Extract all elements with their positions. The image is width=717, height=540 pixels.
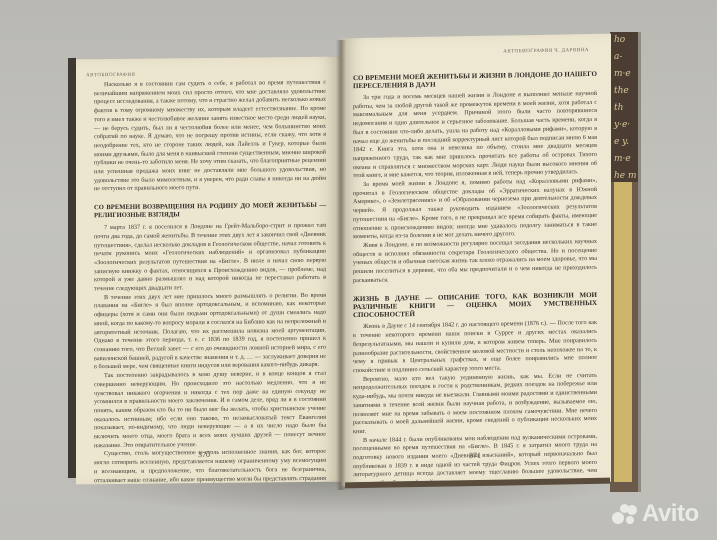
cover-script-line: a-m·e: [610, 49, 638, 83]
cover-script-line: the th: [610, 83, 638, 117]
paragraph: Существо, столь могущественное и столь и…: [94, 448, 326, 484]
running-head-right: АВТОБИОГРАФИЯ Ч. ДАРВИНА: [503, 48, 589, 54]
running-head-left: АВТОБИОГРАФИЯ: [86, 73, 135, 79]
left-page-text: Насколько я в состоянии сам судить о себ…: [94, 79, 326, 485]
avito-wordmark: Avito: [642, 500, 699, 528]
left-page: АВТОБИОГРАФИЯ Насколько я в состоянии са…: [76, 57, 341, 485]
right-page: АВТОБИОГРАФИЯ Ч. ДАРВИНА СО ВРЕМЕНИ МОЕЙ…: [341, 34, 611, 487]
paragraph: Жизнь в Дауне с 14 сентября 1842 г. до н…: [353, 319, 597, 375]
section-heading: СО ВРЕМЕНИ ВОЗВРАЩЕНИЯ НА РОДИНУ ДО МОЕЙ…: [94, 202, 326, 220]
book-cover-right-edge: ho a-m·e the th y·e· e y. m·e he m mg·: [610, 32, 641, 492]
photo-scene: ho a-m·e the th y·e· e y. m·e he m mg· А…: [0, 0, 717, 540]
cover-script-line: e y.: [610, 134, 638, 151]
paragraph: Насколько я в состоянии сам судить о себ…: [94, 79, 326, 195]
paragraph: В течение этих двух лет мне пришлось мно…: [94, 292, 326, 373]
right-page-text: СО ВРЕМЕНИ МОЕЙ ЖЕНИТЬБЫ И ЖИЗНИ В ЛОНДО…: [353, 70, 597, 486]
paragraph: Живя в Лондоне, я по возможности регуляр…: [353, 238, 597, 286]
paragraph: 7 марта 1837 г. я поселился в Лондоне на…: [94, 222, 326, 294]
avito-watermark: Avito: [610, 500, 699, 528]
marbled-endpaper: ho a-m·e the th y·e· e y. m·e he m mg·: [610, 32, 638, 182]
paragraph: Так постепенно закрадывалось в мою душу …: [94, 370, 326, 451]
avito-logo-icon: [610, 503, 638, 525]
cover-script-line: y·e·: [610, 117, 638, 134]
book-gutter: [336, 40, 346, 490]
section-heading: СО ВРЕМЕНИ МОЕЙ ЖЕНИТЬБЫ И ЖИЗНИ В ЛОНДО…: [353, 70, 597, 90]
paragraph: За три года и восемь месяцев нашей жизни…: [353, 90, 597, 181]
section-heading: ЖИЗНЬ В ДАУНЕ — ОПИСАНИЕ ТОГО, КАК ВОЗНИ…: [353, 291, 597, 319]
cover-script-line: ho: [610, 32, 638, 49]
paragraph: Вероятно, мало кто вел такую уединенную …: [353, 372, 597, 437]
page-number-right: 371: [469, 451, 481, 460]
cover-script-line: m·e: [610, 151, 638, 168]
paragraph: За время моей жизни в Лондоне я, помимо …: [353, 177, 597, 242]
page-number-left: 370: [198, 450, 210, 459]
bookmark-ribbon: [614, 182, 632, 482]
book-cover-left-edge: [68, 58, 76, 478]
